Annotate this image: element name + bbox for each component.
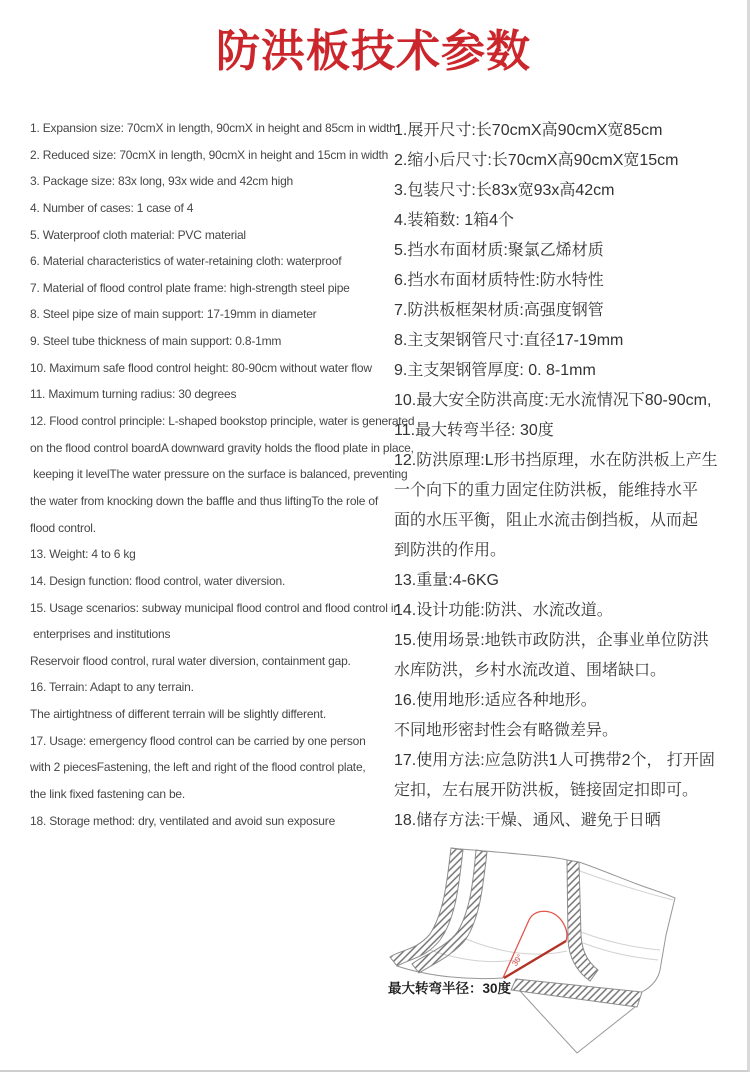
spec-line: 4. Number of cases: 1 case of 4: [30, 195, 390, 222]
spec-line: 18.储存方法:干燥、通风、避免于日晒: [394, 806, 750, 836]
spec-line: 14.设计功能:防洪、水流改道。: [394, 596, 750, 626]
spec-line: 15. Usage scenarios: subway municipal fl…: [30, 595, 390, 622]
hatched-band-right-vertical: [567, 860, 598, 981]
spec-line: 11. Maximum turning radius: 30 degrees: [30, 381, 390, 408]
spec-line: 7.防洪板框架材质:高强度钢管: [394, 296, 750, 326]
turning-angle-arc: [503, 911, 567, 978]
spec-line: 6. Material characteristics of water-ret…: [30, 248, 390, 275]
flood-barrier-illustration: 30° 最大转弯半径：30度: [370, 840, 750, 1072]
spec-line: 4.装箱数: 1箱4个: [394, 206, 750, 236]
spec-line: flood control.: [30, 515, 390, 542]
english-specs-column: 1. Expansion size: 70cmX in length, 90cm…: [30, 115, 390, 834]
spec-line: 7. Material of flood control plate frame…: [30, 275, 390, 302]
spec-line: 12.防洪原理:L形书挡原理，水在防洪板上产生: [394, 446, 750, 476]
spec-line: 16. Terrain: Adapt to any terrain.: [30, 674, 390, 701]
spec-line: 9. Steel tube thickness of main support:…: [30, 328, 390, 355]
spec-line: Reservoir flood control, rural water div…: [30, 648, 390, 675]
spec-line: 10. Maximum safe flood control height: 8…: [30, 355, 390, 382]
diagram-caption: 最大转弯半径：30度: [388, 980, 512, 996]
spec-line: 不同地形密封性会有略微差异。: [394, 716, 750, 746]
spec-line: on the flood control boardA downward gra…: [30, 435, 390, 462]
page-title: 防洪板技术参数: [0, 24, 747, 80]
spec-line: 9.主支架钢管厚度: 0. 8-1mm: [394, 356, 750, 386]
spec-line: 17. Usage: emergency flood control can b…: [30, 728, 390, 755]
chinese-specs-column: 1.展开尺寸:长70cmX高90cmX宽85cm2.缩小后尺寸:长70cmX高9…: [394, 116, 750, 836]
spec-line: The airtightness of different terrain wi…: [30, 701, 390, 728]
spec-line: 12. Flood control principle: L-shaped bo…: [30, 408, 390, 435]
spec-line: 面的水压平衡，阻止水流击倒挡板，从而起: [394, 506, 750, 536]
spec-line: 5. Waterproof cloth material: PVC materi…: [30, 222, 390, 249]
spec-line: 到防洪的作用。: [394, 536, 750, 566]
turning-angle-value: 30°: [510, 953, 524, 968]
spec-line: 3. Package size: 83x long, 93x wide and …: [30, 168, 390, 195]
spec-line: 10.最大安全防洪高度:无水流情况下80-90cm,: [394, 386, 750, 416]
spec-line: 一个向下的重力固定住防洪板，能维持水平: [394, 476, 750, 506]
spec-line: enterprises and institutions: [30, 621, 390, 648]
spec-line: 5.挡水布面材质:聚氯乙烯材质: [394, 236, 750, 266]
spec-line: 2.缩小后尺寸:长70cmX高90cmX宽15cm: [394, 146, 750, 176]
spec-sheet-page: 防洪板技术参数 1. Expansion size: 70cmX in leng…: [0, 0, 750, 1072]
spec-line: 6.挡水布面材质特性:防水特性: [394, 266, 750, 296]
spec-line: 15.使用场景:地铁市政防洪，企事业单位防洪: [394, 626, 750, 656]
spec-line: 17.使用方法:应急防洪1人可携带2个， 打开固: [394, 746, 750, 776]
spec-line: 定扣，左右展开防洪板，链接固定扣即可。: [394, 776, 750, 806]
spec-line: 11.最大转弯半径: 30度: [394, 416, 750, 446]
spec-line: 14. Design function: flood control, wate…: [30, 568, 390, 595]
spec-line: the link fixed fastening can be.: [30, 781, 390, 808]
spec-line: 2. Reduced size: 70cmX in length, 90cmX …: [30, 142, 390, 169]
spec-line: 16.使用地形:适应各种地形。: [394, 686, 750, 716]
spec-line: 3.包装尺寸:长83x宽93x高42cm: [394, 176, 750, 206]
spec-line: with 2 piecesFastening, the left and rig…: [30, 754, 390, 781]
flood-barrier-diagram: 30° 最大转弯半径：30度: [370, 840, 750, 1072]
spec-line: 13.重量:4-6KG: [394, 566, 750, 596]
spec-line: 13. Weight: 4 to 6 kg: [30, 541, 390, 568]
spec-line: 1. Expansion size: 70cmX in length, 90cm…: [30, 115, 390, 142]
spec-line: 水库防洪，乡村水流改道、围堵缺口。: [394, 656, 750, 686]
spec-line: the water from knocking down the baffle …: [30, 488, 390, 515]
spec-line: 1.展开尺寸:长70cmX高90cmX宽85cm: [394, 116, 750, 146]
spec-line: 8. Steel pipe size of main support: 17-1…: [30, 301, 390, 328]
spec-line: 18. Storage method: dry, ventilated and …: [30, 808, 390, 835]
spec-line: keeping it levelThe water pressure on th…: [30, 461, 390, 488]
spec-line: 8.主支架钢管尺寸:直径17-19mm: [394, 326, 750, 356]
